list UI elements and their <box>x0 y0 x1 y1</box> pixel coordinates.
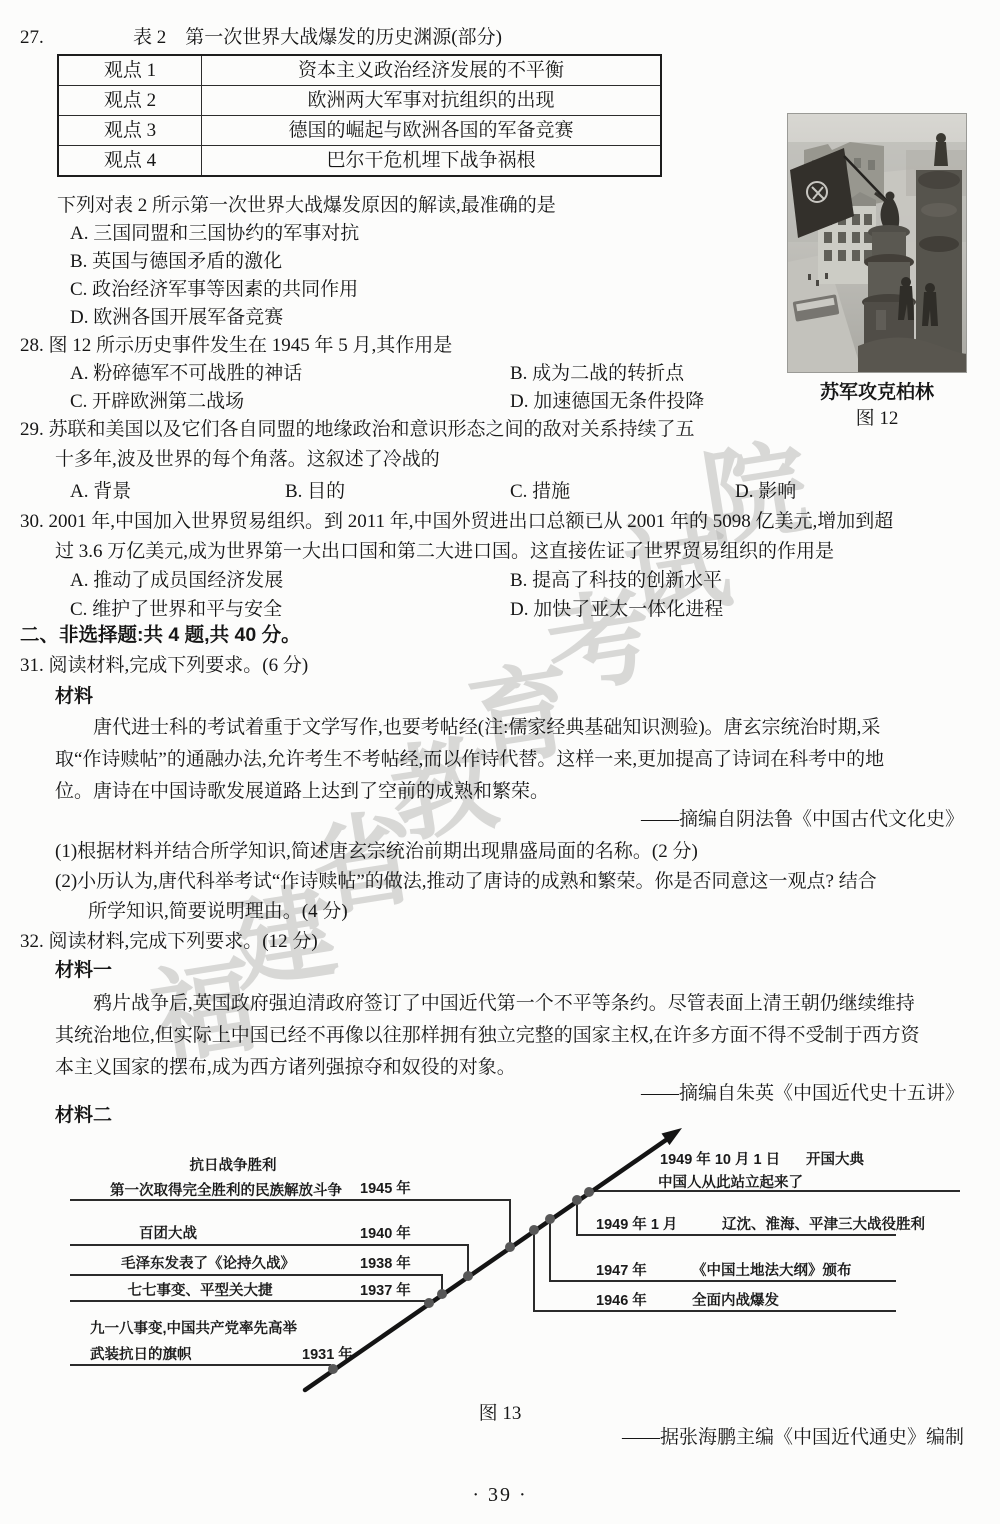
question-30-line2: 过 3.6 万亿美元,成为世界第一大出口国和第二大进口国。这直接佐证了世界贸易组… <box>55 538 834 565</box>
event-1945-year: 1945 年 <box>360 1179 411 1197</box>
material-1-label: 材料一 <box>55 957 112 984</box>
option-27-c: C. 政治经济军事等因素的共同作用 <box>70 276 358 303</box>
event-1931-line1: 九一八事变,中国共产党率先高举 <box>90 1319 298 1337</box>
option-29-d: D. 影响 <box>735 478 796 505</box>
option-29-a: A. 背景 <box>70 478 131 505</box>
event-1945-line2: 第一次取得完全胜利的民族解放斗争 <box>110 1181 342 1199</box>
option-28-a: A. 粉碎德军不可战胜的神话 <box>70 360 302 387</box>
exam-page: 福 建 省 教 育 考 试 院 27. 表 2 第一次世界大战爆发的历史渊源(部… <box>0 0 1000 1524</box>
event-1949-jan-year: 1949 年 1 月 <box>596 1215 677 1233</box>
figure-12-caption: 苏军攻克柏林 <box>788 377 966 404</box>
table-2-title: 表 2 第一次世界大战爆发的历史渊源(部分) <box>133 24 502 51</box>
event-1938-label: 毛泽东发表了《论持久战》 <box>121 1254 295 1272</box>
material-paragraph-line: 位。唐诗在中国诗歌发展道路上达到了空前的成熟和繁荣。 <box>55 778 549 805</box>
event-1949-oct-label: 开国大典 <box>806 1150 865 1168</box>
figure-13-attribution: ——据张海鹏主编《中国近代通史》编制 <box>622 1424 964 1451</box>
option-27-a: A. 三国同盟和三国协约的军事对抗 <box>70 220 359 247</box>
question-27-stem: 下列对表 2 所示第一次世界大战爆发原因的解读,最准确的是 <box>57 192 556 219</box>
table-row: 观点 4 巴尔干危机埋下战争祸根 <box>59 145 660 175</box>
event-1940-label: 百团大战 <box>139 1224 197 1242</box>
option-27-b: B. 英国与德国矛盾的激化 <box>70 248 282 275</box>
section-2-header: 二、非选择题:共 4 题,共 40 分。 <box>20 622 301 649</box>
table-row: 观点 2 欧洲两大军事对抗组织的出现 <box>59 85 660 115</box>
material-label: 材料 <box>55 683 93 710</box>
berlin-photo-illustration <box>788 114 966 372</box>
figure-13-caption: 图 13 <box>0 1398 1000 1425</box>
material-attribution: ——摘编自阴法鲁《中国古代文化史》 <box>641 806 964 833</box>
table-cell-content: 资本主义政治经济发展的不平衡 <box>202 56 660 85</box>
event-1938-year: 1938 年 <box>360 1254 411 1272</box>
option-30-b: B. 提高了科技的创新水平 <box>510 567 722 594</box>
question-31-stem: 31. 阅读材料,完成下列要求。(6 分) <box>20 652 308 679</box>
material-paragraph-line: 鸦片战争后,英国政府强迫清政府签订了中国近代第一个不平等条约。尽管表面上清王朝仍… <box>93 990 915 1017</box>
timeline-diagram: 抗日战争胜利 第一次取得完全胜利的民族解放斗争 1945 年 百团大战 1940… <box>58 1122 963 1398</box>
event-1949-oct-line2: 中国人从此站立起来了 <box>658 1173 803 1191</box>
material-paragraph-line: 唐代进士科的考试着重于文学写作,也要考帖经(注:儒家经典基础知识测验)。唐玄宗统… <box>93 714 880 741</box>
event-1949-jan-label: 辽沈、淮海、平津三大战役胜利 <box>722 1215 925 1233</box>
figure-13-timeline: 抗日战争胜利 第一次取得完全胜利的民族解放斗争 1945 年 百团大战 1940… <box>58 1122 963 1398</box>
question-31-sub2-line1: (2)小历认为,唐代科举考试“作诗赎帖”的做法,推动了唐诗的成熟和繁荣。你是否同… <box>55 868 877 895</box>
question-29-line1: 29. 苏联和美国以及它们各自同盟的地缘政治和意识形态之间的敌对关系持续了五 <box>20 416 695 443</box>
material-paragraph-line: 本主义国家的摆布,成为西方诸列强掠夺和奴役的对象。 <box>55 1054 516 1081</box>
page-number: · 39 · <box>0 1484 1000 1507</box>
question-32-stem: 32. 阅读材料,完成下列要求。(12 分) <box>20 928 318 955</box>
event-1949-oct-year: 1949 年 10 月 1 日 <box>660 1150 780 1168</box>
option-28-b: B. 成为二战的转折点 <box>510 360 684 387</box>
event-1946-label: 全面内战爆发 <box>692 1291 779 1309</box>
table-cell-label: 观点 4 <box>59 146 202 175</box>
option-29-c: C. 措施 <box>510 478 570 505</box>
question-29-line2: 十多年,波及世界的每个角落。这叙述了冷战的 <box>55 446 440 473</box>
event-1931-line2: 武装抗日的旗帜 <box>90 1345 192 1363</box>
material-1-attribution: ——摘编自朱英《中国近代史十五讲》 <box>641 1080 964 1107</box>
question-30-line1: 30. 2001 年,中国加入世界贸易组织。到 2011 年,中国外贸进出口总额… <box>20 508 893 535</box>
event-1946-year: 1946 年 <box>596 1291 647 1309</box>
table-cell-label: 观点 1 <box>59 56 202 85</box>
question-27-number: 27. <box>20 24 44 51</box>
table-cell-label: 观点 2 <box>59 86 202 115</box>
option-28-c: C. 开辟欧洲第二战场 <box>70 388 244 415</box>
table-row: 观点 3 德国的崛起与欧洲各国的军备竞赛 <box>59 115 660 145</box>
option-30-c: C. 维护了世界和平与安全 <box>70 596 282 623</box>
event-1940-year: 1940 年 <box>360 1224 411 1242</box>
event-1947-label: 《中国土地法大纲》颁布 <box>692 1261 852 1279</box>
table-cell-label: 观点 3 <box>59 116 202 145</box>
material-paragraph-line: 取“作诗赎帖”的通融办法,允许考生不考帖经,而以作诗代替。这样一来,更加提高了诗… <box>55 746 884 773</box>
event-1931-year: 1931 年 <box>302 1345 353 1363</box>
table-cell-content: 德国的崛起与欧洲各国的军备竞赛 <box>202 116 660 145</box>
table-cell-content: 欧洲两大军事对抗组织的出现 <box>202 86 660 115</box>
table-cell-content: 巴尔干危机埋下战争祸根 <box>202 146 660 175</box>
option-29-b: B. 目的 <box>285 478 345 505</box>
table-2: 观点 1 资本主义政治经济发展的不平衡 观点 2 欧洲两大军事对抗组织的出现 观… <box>57 54 662 177</box>
option-27-d: D. 欧洲各国开展军备竞赛 <box>70 304 283 331</box>
question-28-stem: 28. 图 12 所示历史事件发生在 1945 年 5 月,其作用是 <box>20 332 452 359</box>
event-1947-year: 1947 年 <box>596 1261 647 1279</box>
option-30-d: D. 加快了亚太一体化进程 <box>510 596 723 623</box>
table-row: 观点 1 资本主义政治经济发展的不平衡 <box>59 56 660 85</box>
figure-12-photo <box>788 114 966 372</box>
event-1945-line1: 抗日战争胜利 <box>190 1156 277 1174</box>
material-paragraph-line: 其统治地位,但实际上中国已经不再像以往那样拥有独立完整的国家主权,在许多方面不得… <box>55 1022 920 1049</box>
option-28-d: D. 加速德国无条件投降 <box>510 388 704 415</box>
figure-12-label: 图 12 <box>788 403 966 430</box>
option-30-a: A. 推动了成员国经济发展 <box>70 567 283 594</box>
question-31-sub1: (1)根据材料并结合所学知识,简述唐玄宗统治前期出现鼎盛局面的名称。(2 分) <box>55 838 698 865</box>
question-31-sub2-line2: 所学知识,简要说明理由。(4 分) <box>88 898 348 925</box>
event-1937-year: 1937 年 <box>360 1281 411 1299</box>
event-1937-label: 七七事变、平型关大捷 <box>128 1281 273 1299</box>
